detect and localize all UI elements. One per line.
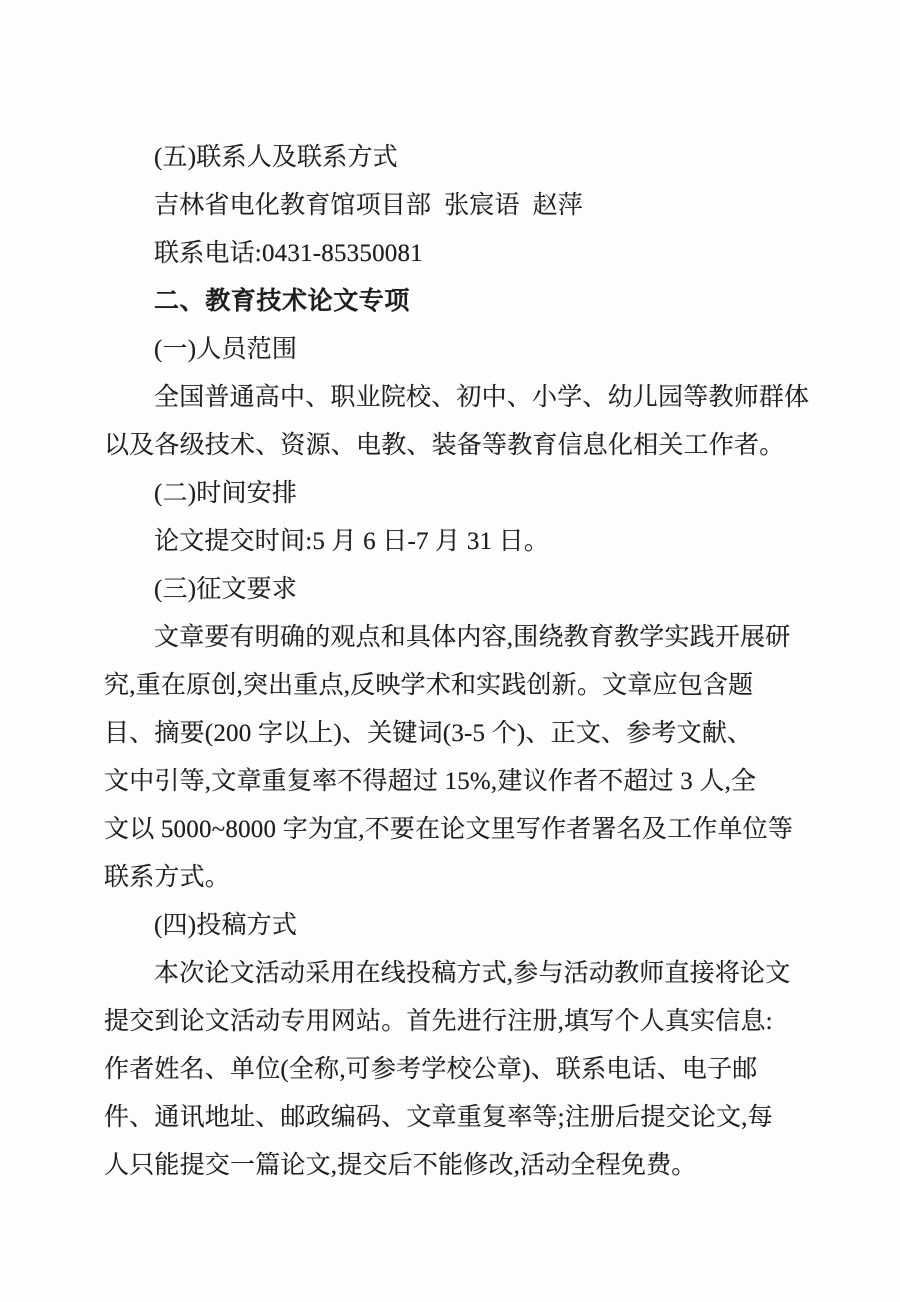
text-line: 文中引等,文章重复率不得超过 15%,建议作者不超过 3 人,全: [104, 758, 824, 806]
text-line: 文章要有明确的观点和具体内容,围绕教育教学实践开展研: [104, 614, 824, 662]
text-line: 提交到论文活动专用网站。首先进行注册,填写个人真实信息:: [104, 998, 824, 1046]
section-heading-line: 二、教育技术论文专项: [104, 278, 824, 326]
text-line: 目、摘要(200 字以上)、关键词(3-5 个)、正文、参考文献、: [104, 710, 824, 758]
text-line: (三)征文要求: [104, 566, 824, 614]
document-body: (五)联系人及联系方式吉林省电化教育馆项目部 张宸语 赵萍联系电话:0431-8…: [104, 134, 824, 1190]
text-line: 本次论文活动采用在线投稿方式,参与活动教师直接将论文: [104, 950, 824, 998]
text-line: 人只能提交一篇论文,提交后不能修改,活动全程免费。: [104, 1142, 824, 1190]
text-line: 文以 5000~8000 字为宜,不要在论文里写作者署名及工作单位等: [104, 806, 824, 854]
text-line: (四)投稿方式: [104, 902, 824, 950]
text-line: 全国普通高中、职业院校、初中、小学、幼儿园等教师群体: [104, 374, 824, 422]
text-line: 究,重在原创,突出重点,反映学术和实践创新。文章应包含题: [104, 662, 824, 710]
text-line: 件、通讯地址、邮政编码、文章重复率等;注册后提交论文,每: [104, 1094, 824, 1142]
text-line: (一)人员范围: [104, 326, 824, 374]
text-line: 吉林省电化教育馆项目部 张宸语 赵萍: [104, 182, 824, 230]
text-line: 作者姓名、单位(全称,可参考学校公章)、联系电话、电子邮: [104, 1046, 824, 1094]
document-page: (五)联系人及联系方式吉林省电化教育馆项目部 张宸语 赵萍联系电话:0431-8…: [0, 0, 900, 1302]
text-line: 以及各级技术、资源、电教、装备等教育信息化相关工作者。: [104, 422, 824, 470]
text-line: (五)联系人及联系方式: [104, 134, 824, 182]
text-line: 论文提交时间:5 月 6 日-7 月 31 日。: [104, 518, 824, 566]
text-line: 联系方式。: [104, 854, 824, 902]
text-line: 联系电话:0431-85350081: [104, 230, 824, 278]
text-line: (二)时间安排: [104, 470, 824, 518]
